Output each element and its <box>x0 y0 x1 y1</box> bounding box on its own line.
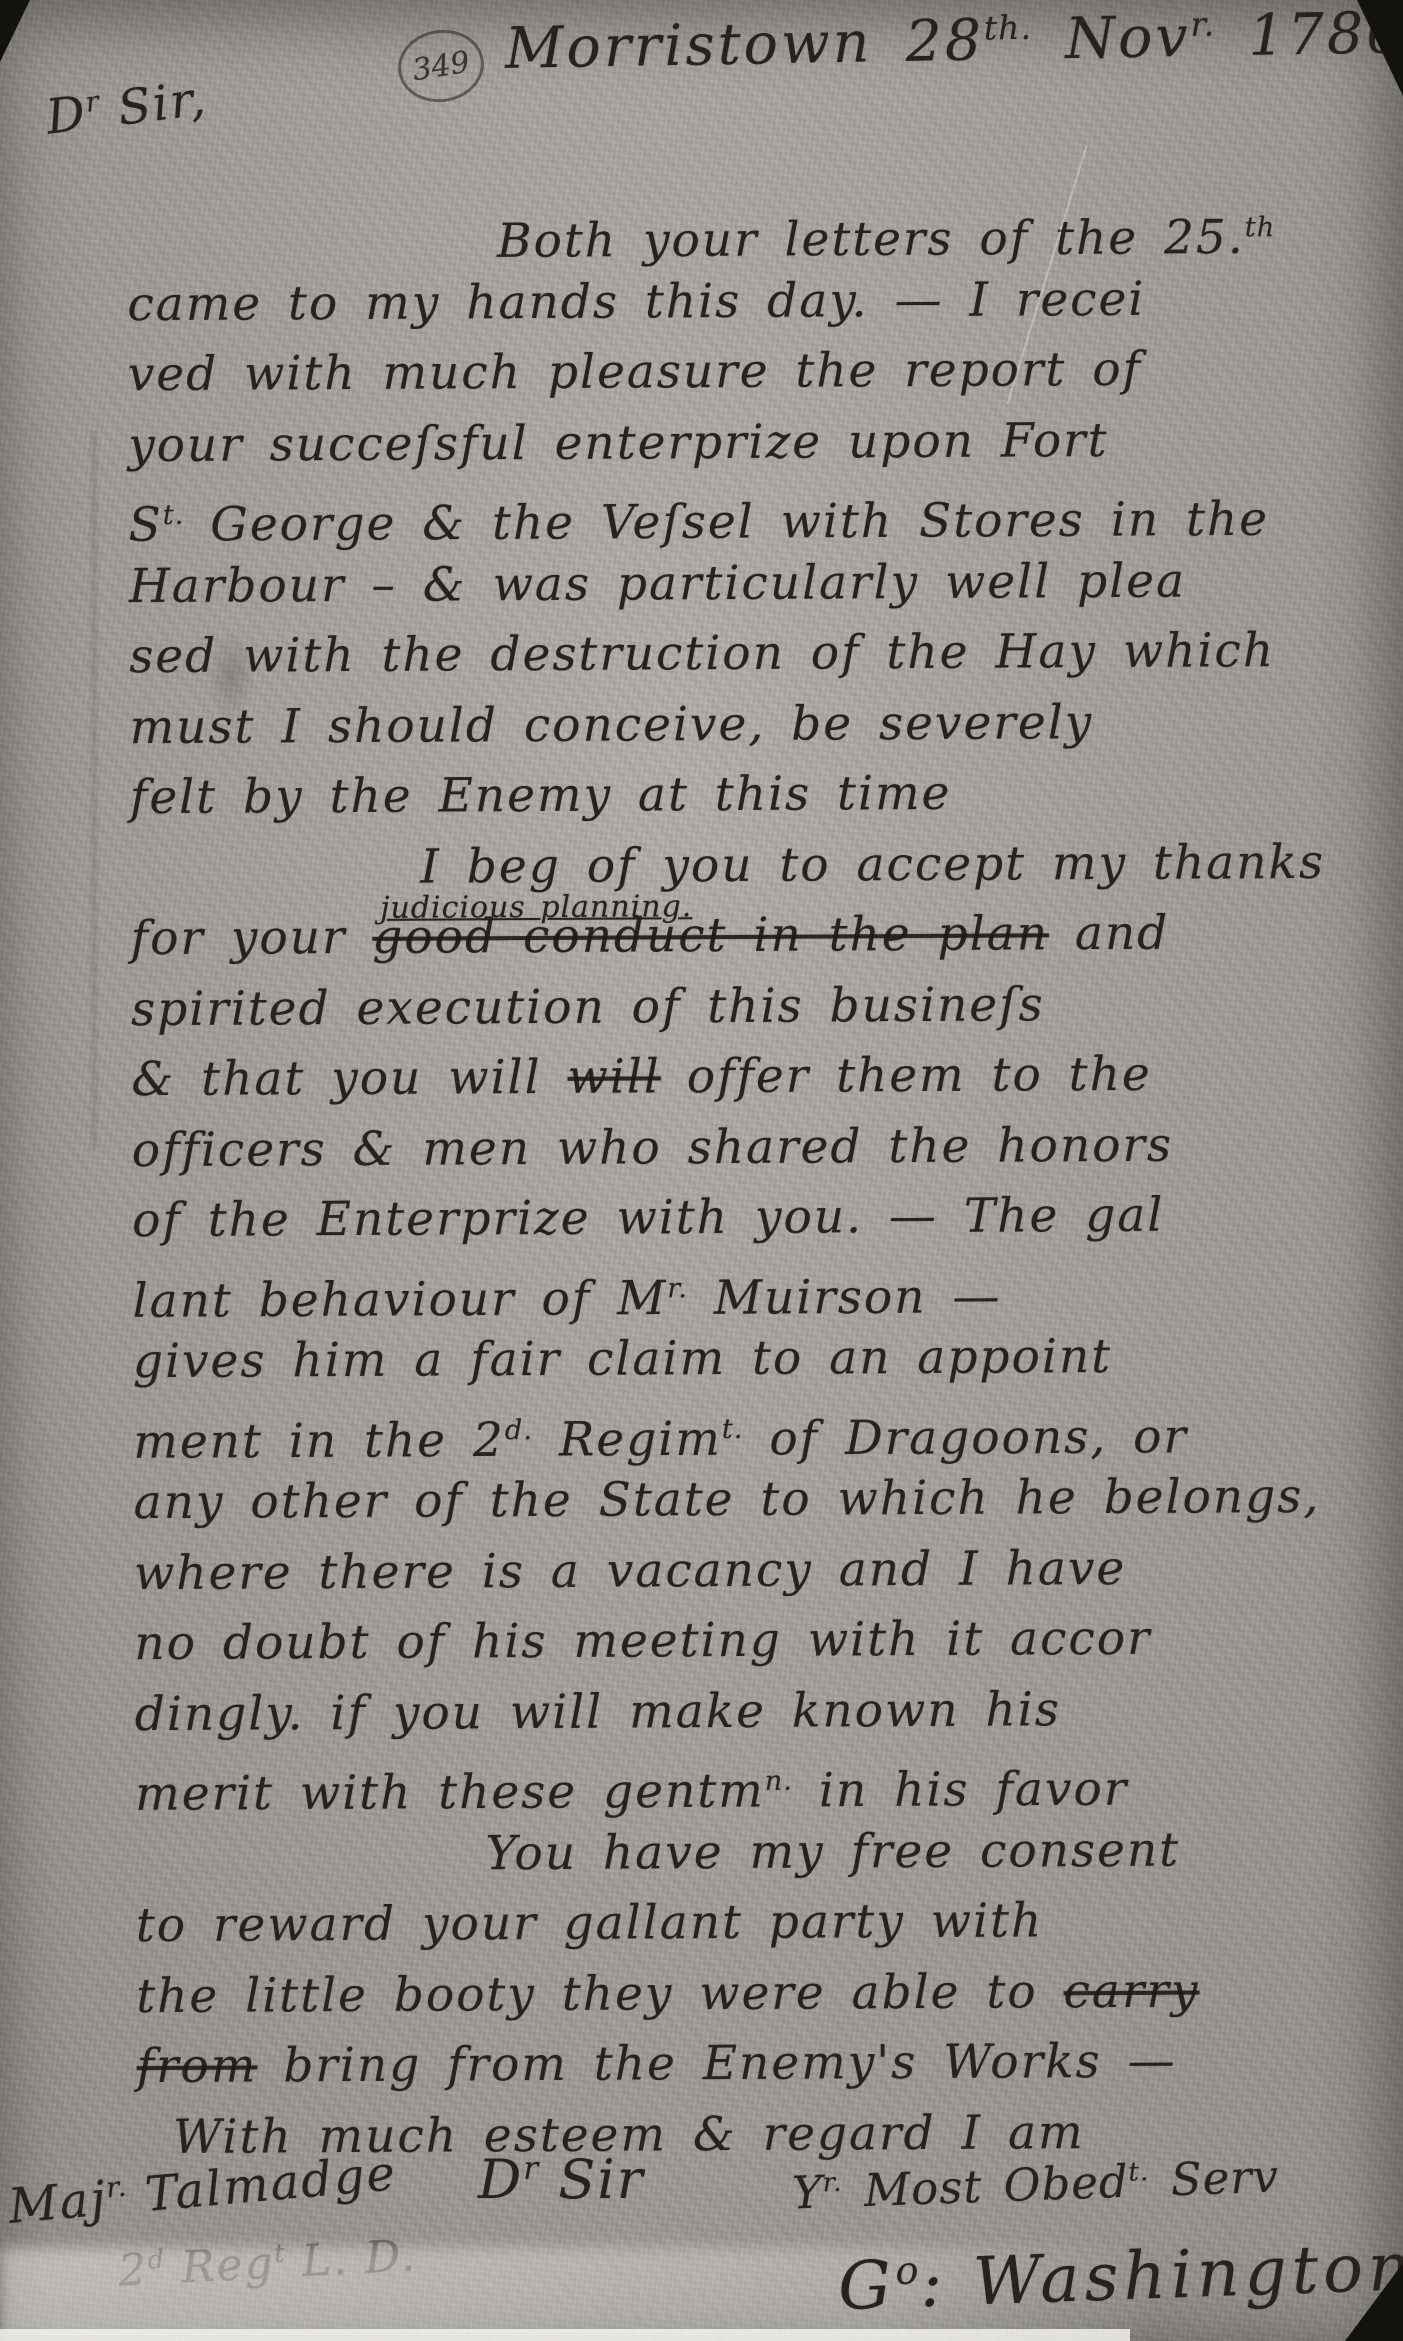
handwritten-text: You have my free consent <box>485 1822 1180 1881</box>
letter-line: gives him a fair claim to an appoint <box>133 1321 1328 1398</box>
handwritten-text: bring from the Enemy's Works — <box>257 2034 1177 2094</box>
handwritten-text: of Dragoons, or <box>743 1409 1188 1466</box>
handwritten-text: for your <box>131 910 373 966</box>
handwritten-text: gives him a fair claim to an appoint <box>133 1329 1112 1389</box>
paper-fold-shadow <box>88 430 100 1150</box>
handwritten-text: Regim <box>533 1411 722 1467</box>
letter-line: You have my free consent <box>135 1814 1330 1891</box>
handwritten-text: and <box>1049 906 1170 962</box>
letter-line: ved with much pleasure the report of <box>128 334 1323 411</box>
handwritten-text: came to my hands this day. — I recei <box>127 271 1145 331</box>
struck-out-text: will <box>567 1049 661 1104</box>
handwritten-text: Y <box>791 2165 824 2219</box>
handwritten-text: officers & men who shared the honors <box>132 1117 1174 1177</box>
handwritten-text: offer them to the <box>661 1047 1152 1105</box>
handwritten-text: Most Obed <box>842 2155 1130 2218</box>
letter-line: dingly. if you will make known his <box>135 1673 1330 1750</box>
superscript-text: th <box>1245 212 1276 243</box>
letter-line: where there is a vacancy and I have <box>134 1532 1329 1609</box>
handwritten-text: Muirson — <box>688 1269 1002 1326</box>
closing-salutation: Dr Sir <box>478 2148 645 2211</box>
letter-line: officers & men who shared the honors <box>132 1109 1327 1186</box>
letter-line: sed with the destruction of the Hay whic… <box>129 616 1324 693</box>
superscript-text: t. <box>1128 2157 1150 2188</box>
handwritten-text: to reward your gallant party with <box>136 1893 1044 1953</box>
letter-line: for your judicious planning.good conduct… <box>131 898 1326 975</box>
letter-line: Harbour – & was particularly well plea <box>129 545 1324 622</box>
letter-line: spirited execution of this busineſs <box>131 968 1326 1045</box>
handwritten-text: Harbour – & was particularly well plea <box>129 553 1186 614</box>
handwritten-text: Sir <box>539 2148 644 2211</box>
letter-line: ment in the 2d. Regimt. of Dragoons, or <box>133 1391 1328 1468</box>
signature: Go: Washington <box>837 2228 1403 2325</box>
superscript-text: d. <box>505 1415 533 1446</box>
letter-line: must I should conceive, be severely <box>129 686 1324 763</box>
handwritten-text: felt by the Enemy at this time <box>130 766 952 825</box>
letter-line: any other of the State to which he belon… <box>133 1462 1328 1539</box>
letter-line: no doubt of his meeting with it accor <box>134 1603 1329 1680</box>
handwritten-text: Morristown 28 <box>504 8 984 82</box>
dateline: Morristown 28th. Novr. 1780 <box>504 0 1403 82</box>
superscript-text: r. <box>105 2170 129 2205</box>
letter-line: felt by the Enemy at this time <box>130 757 1325 834</box>
handwritten-text: Maj <box>6 2170 109 2234</box>
letter-body: Both your letters of the 25.thcame to my… <box>127 193 1332 2173</box>
superscript-text: r. <box>822 2168 843 2199</box>
scan-bottom-edge <box>0 2329 1130 2341</box>
superscript-text: o <box>895 2248 921 2294</box>
letter-line: St. George & the Veſsel with Stores in t… <box>128 475 1323 552</box>
archive-stamp: 349 <box>393 24 489 109</box>
superscript-text: t. <box>722 1413 744 1444</box>
handwritten-text: sed with the destruction of the Hay whic… <box>129 623 1275 684</box>
handwritten-text: merit with these gentm <box>135 1763 765 1821</box>
handwritten-text: George & the Veſsel with Stores in the <box>184 492 1269 553</box>
handwritten-text: S <box>128 498 162 553</box>
archive-stamp-number: 349 <box>410 44 472 88</box>
handwritten-text: ment in the 2 <box>133 1412 505 1469</box>
handwritten-text: no doubt of his meeting with it accor <box>134 1611 1151 1671</box>
superscript-text: r. <box>667 1273 688 1304</box>
letter-line: Both your letters of the 25.th <box>127 193 1322 270</box>
handwritten-text: must I should conceive, be severely <box>129 695 1093 755</box>
handwritten-text: G <box>837 2246 897 2325</box>
struck-out-text: carry <box>1063 1963 1199 2019</box>
handwritten-text: in his favor <box>793 1762 1129 1819</box>
letter-line: from bring from the Enemy's Works — <box>136 2026 1331 2103</box>
letter-line: merit with these gentmn. in his favor <box>135 1744 1330 1821</box>
handwritten-text: of the Enterprize with you. — The gal <box>132 1188 1164 1248</box>
letter-line: came to my hands this day. — I recei <box>127 263 1322 340</box>
letter-line: your succeſsful enterprize upon Fort <box>128 404 1323 481</box>
letter-line: & that you will will offer them to the <box>131 1039 1326 1116</box>
handwritten-text: : Washington <box>919 2228 1403 2322</box>
handwritten-text: D <box>478 2148 523 2211</box>
letter-line: lant behaviour of Mr. Muirson — <box>132 1250 1327 1327</box>
handwritten-text: Serv <box>1149 2150 1280 2207</box>
handwritten-text: I beg of you to accept my thanks <box>420 834 1325 894</box>
handwritten-text: & that you will <box>131 1050 567 1107</box>
superscript-text: r <box>523 2151 539 2187</box>
handwritten-text: spirited execution of this busineſs <box>131 977 1045 1037</box>
letter-page: 349 Morristown 28th. Novr. 1780 Dr Sir, … <box>0 0 1403 2341</box>
letter-line: the little booty they were able to carry <box>136 1955 1331 2032</box>
handwritten-text: lant behaviour of M <box>132 1270 667 1328</box>
handwritten-text: the little booty they were able to <box>136 1964 1064 2024</box>
superscript-text: t. <box>163 500 185 531</box>
ink-smudge <box>196 610 266 740</box>
handwritten-text: Sir, <box>98 70 210 139</box>
superscript-text: r. <box>1190 4 1215 43</box>
letter-line: to reward your gallant party with <box>136 1885 1331 1962</box>
struck-out-text: from <box>136 2038 257 2094</box>
handwritten-text: any other of the State to which he belon… <box>134 1469 1321 1530</box>
letter-line: I beg of you to accept my thanks <box>130 827 1325 904</box>
superscript-text: th. <box>983 8 1032 48</box>
handwritten-text: your succeſsful enterprize upon Fort <box>128 413 1109 473</box>
scan-corner-top-left <box>0 0 30 62</box>
letter-line: of the Enterprize with you. — The gal <box>132 1180 1327 1257</box>
handwritten-text: Nov <box>1032 4 1192 73</box>
handwritten-text: dingly. if you will make known his <box>135 1682 1061 1742</box>
handwritten-text: Both your letters of the 25. <box>497 210 1245 269</box>
handwritten-text: ved with much pleasure the report of <box>128 342 1143 402</box>
salutation: Dr Sir, <box>43 70 210 145</box>
superscript-text: n. <box>765 1766 793 1797</box>
handwritten-text: where there is a vacancy and I have <box>134 1540 1127 1600</box>
